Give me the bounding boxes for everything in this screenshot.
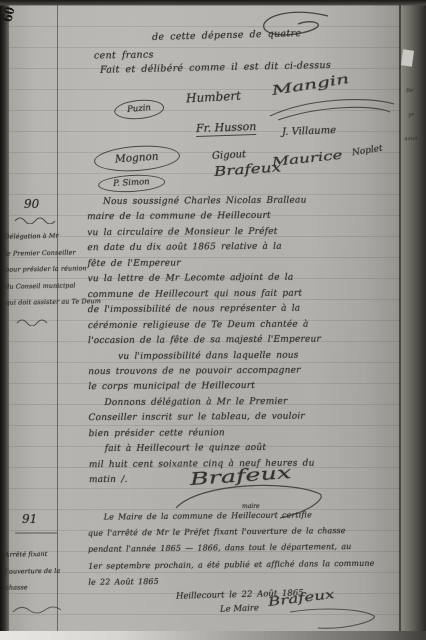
entry-number: 90 bbox=[24, 197, 39, 211]
signature-oval: P. Simon bbox=[98, 173, 165, 193]
binding-edge bbox=[0, 0, 9, 640]
signoff-le-maire: Le Maire bbox=[220, 603, 259, 614]
entry-body: Nous soussigné Charles Nicolas Bralleau … bbox=[87, 193, 409, 489]
page-corner-notch bbox=[401, 49, 414, 66]
squiggle bbox=[16, 318, 56, 326]
signature-tail-stroke bbox=[288, 606, 378, 632]
entry-body: Le Maire de la commune de Heillecourt ce… bbox=[88, 506, 419, 590]
manuscript-page-scan: 60 de cette dépense de quatre cent franc… bbox=[0, 0, 426, 640]
manuscript-line: 1er septembre prochain, a été publié et … bbox=[88, 555, 418, 575]
signature: Fr. Husson bbox=[196, 120, 257, 137]
margin-note-line: le Premier Conseiller bbox=[5, 244, 83, 262]
signature: Gigout bbox=[212, 149, 247, 162]
sliver-text-fragment: ye bbox=[408, 112, 415, 118]
margin-note-line: qui doit assister au Te Deum bbox=[5, 293, 83, 311]
margin-note-line: Délégation à Mr bbox=[4, 227, 82, 245]
manuscript-line: cent francs bbox=[94, 49, 154, 61]
margin-note-line: chasse bbox=[5, 578, 83, 596]
dash-stroke bbox=[14, 530, 58, 536]
squiggle bbox=[14, 216, 60, 224]
margin-note-line: du Conseil municipal bbox=[5, 277, 83, 295]
signature: P. Simon bbox=[97, 168, 165, 193]
sliver-text-fragment: Re bbox=[406, 88, 414, 95]
signature: Puzin bbox=[113, 94, 165, 121]
squiggle bbox=[12, 606, 62, 616]
margin-note-line: l'ouverture de la bbox=[5, 562, 83, 580]
signature-flourish-stroke bbox=[268, 96, 398, 122]
margin-note-line: pour présider la réunion bbox=[5, 260, 83, 278]
signature: Humbert bbox=[186, 89, 242, 106]
manuscript-line: le 22 Août 1865 bbox=[88, 571, 418, 591]
top-edge-shadow bbox=[0, 0, 426, 6]
margin-note-line: Arrêté fixant bbox=[5, 545, 83, 563]
entry-number: 91 bbox=[22, 512, 37, 526]
margin-note: Arrêté fixant l'ouverture de la chasse bbox=[5, 545, 84, 596]
signature: J. Villaume bbox=[282, 125, 336, 138]
margin-rule-line bbox=[57, 0, 58, 640]
margin-note: Délégation à Mr le Premier Conseiller po… bbox=[4, 227, 83, 311]
bottom-edge bbox=[0, 631, 426, 640]
sliver-text-fragment: nous bbox=[404, 136, 418, 143]
